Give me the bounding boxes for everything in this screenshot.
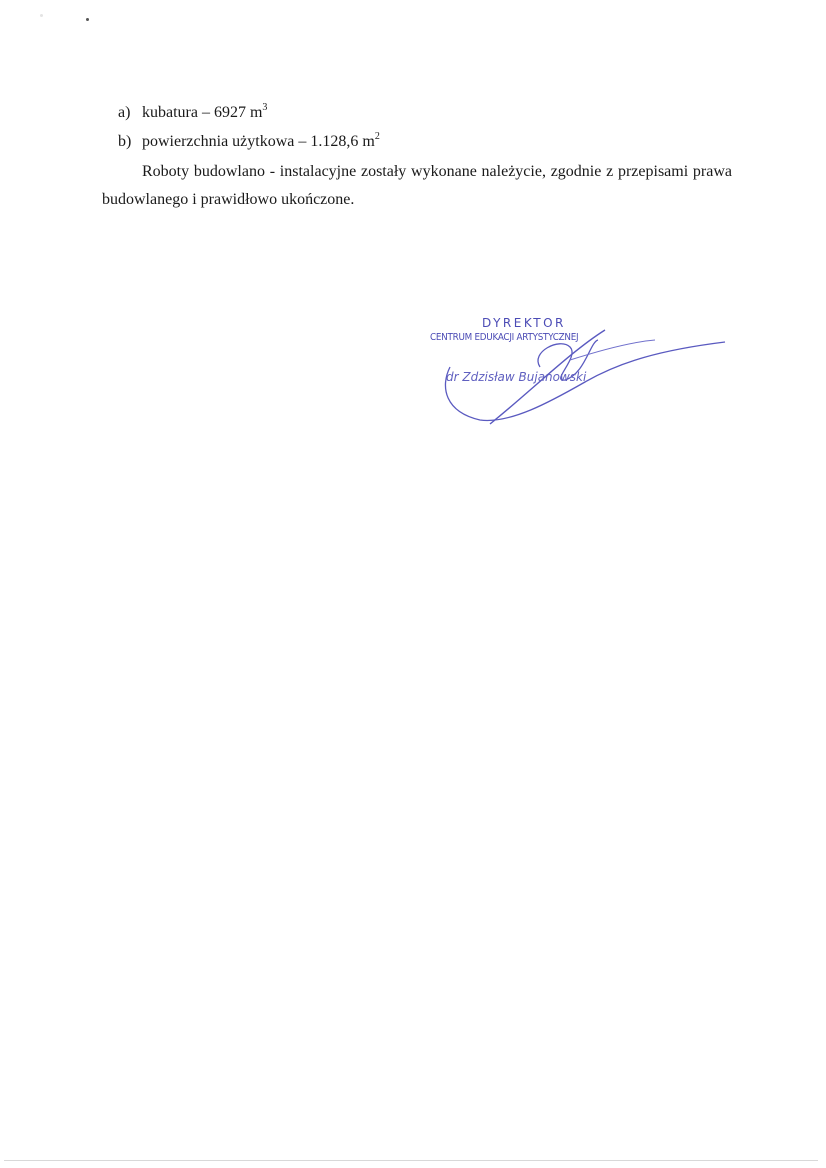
list-item-kubatura: a)kubatura – 6927 m3 [118, 103, 267, 123]
stamp-institution: CENTRUM EDUKACJI ARTYSTYCZNEJ [430, 332, 578, 343]
superscript: 2 [375, 131, 380, 142]
director-stamp: DYREKTOR CENTRUM EDUKACJI ARTYSTYCZNEJ d… [420, 312, 740, 432]
body-paragraph: Roboty budowlano - instalacyjne zostały … [102, 158, 732, 214]
document-page: a)kubatura – 6927 m3 b)powierzchnia użyt… [0, 0, 826, 1168]
stamp-name: dr Zdzisław Bujanowski [446, 370, 586, 384]
list-marker: a) [118, 103, 142, 123]
list-item-powierzchnia: b)powierzchnia użytkowa – 1.128,6 m2 [118, 132, 380, 152]
scan-speck [40, 14, 43, 17]
list-text: kubatura – 6927 m [142, 104, 262, 121]
list-text: powierzchnia użytkowa – 1.128,6 m [142, 133, 375, 150]
stamp-title: DYREKTOR [482, 316, 566, 330]
list-marker: b) [118, 132, 142, 152]
paragraph-text: Roboty budowlano - instalacyjne zostały … [102, 163, 732, 208]
superscript: 3 [262, 102, 267, 113]
scan-edge-line [4, 1160, 818, 1161]
scan-speck [86, 18, 89, 21]
